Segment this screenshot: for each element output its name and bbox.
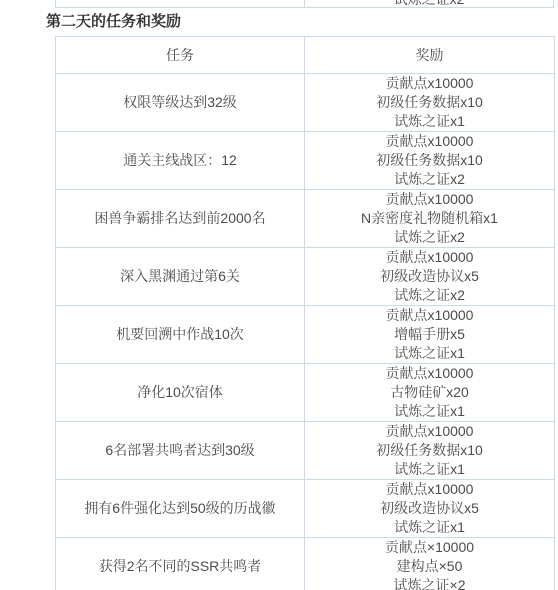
reward-line: 初级任务数据x10 [305, 151, 554, 170]
reward-cell: 贡献点x10000N亲密度礼物随机箱x1试炼之证x2 [305, 190, 555, 248]
reward-cell: 贡献点x10000古物硅矿x20试炼之证x1 [305, 364, 555, 422]
reward-line: 试炼之证x1 [305, 460, 554, 479]
reward-line: 增幅手册x5 [305, 325, 554, 344]
task-cell: 深入黑渊通过第6关 [56, 248, 305, 306]
table-row: 6名部署共鸣者达到30级 贡献点x10000初级任务数据x10试炼之证x1 [56, 422, 555, 480]
reward-line: 贡献点x10000 [305, 480, 554, 499]
reward-line: N亲密度礼物随机箱x1 [305, 209, 554, 228]
reward-cell: 贡献点x10000初级任务数据x10试炼之证x2 [305, 132, 555, 190]
section-heading: 第二天的任务和奖励 [46, 12, 181, 32]
reward-column-header: 奖励 [305, 37, 555, 74]
table-row: 权限等级达到32级 贡献点x10000初级任务数据x10试炼之证x1 [56, 74, 555, 132]
reward-line: 贡献点x10000 [305, 74, 554, 93]
header-row: 任务 奖励 [56, 37, 555, 74]
reward-cell: 贡献点x10000初级任务数据x10试炼之证x1 [305, 74, 555, 132]
reward-line: 初级任务数据x10 [305, 93, 554, 112]
table-row: 困兽争霸排名达到前2000名 贡献点x10000N亲密度礼物随机箱x1试炼之证x… [56, 190, 555, 248]
reward-line: 试炼之证x2 [305, 228, 554, 247]
table-row: 深入黑渊通过第6关 贡献点x10000初级改造协议x5试炼之证x2 [56, 248, 555, 306]
reward-line: 贡献点x10000 [305, 422, 554, 441]
rewards-table: 任务 奖励 权限等级达到32级 贡献点x10000初级任务数据x10试炼之证x1… [55, 36, 555, 590]
reward-line: 初级任务数据x10 [305, 441, 554, 460]
reward-line: 试炼之证x2 [305, 170, 554, 189]
reward-cell: 贡献点x10000增幅手册x5试炼之证x1 [305, 306, 555, 364]
task-cell: 净化10次宿体 [56, 364, 305, 422]
previous-table-reward-cell: 试炼之证x2 [305, 0, 553, 7]
table-row: 拥有6件强化达到50级的历战徽 贡献点x10000初级改造协议x5试炼之证x1 [56, 480, 555, 538]
reward-line: 建构点×50 [305, 557, 554, 576]
reward-line: 古物硅矿x20 [305, 383, 554, 402]
task-cell: 6名部署共鸣者达到30级 [56, 422, 305, 480]
reward-cell: 贡献点x10000初级改造协议x5试炼之证x2 [305, 248, 555, 306]
rewards-table-body: 权限等级达到32级 贡献点x10000初级任务数据x10试炼之证x1 通关主线战… [56, 74, 555, 590]
reward-line: 贡献点×10000 [305, 538, 554, 557]
reward-line: 贡献点x10000 [305, 364, 554, 383]
reward-line: 试炼之证×2 [305, 576, 554, 590]
table-row: 机要回溯中作战10次 贡献点x10000增幅手册x5试炼之证x1 [56, 306, 555, 364]
reward-line: 试炼之证x1 [305, 344, 554, 363]
task-cell: 困兽争霸排名达到前2000名 [56, 190, 305, 248]
task-cell: 通关主线战区：12 [56, 132, 305, 190]
reward-line: 初级改造协议x5 [305, 499, 554, 518]
reward-line: 试炼之证x1 [305, 402, 554, 421]
previous-table-fragment: 试炼之证x2 [55, 0, 554, 8]
reward-cell: 贡献点x10000初级任务数据x10试炼之证x1 [305, 422, 555, 480]
reward-cell: 贡献点x10000初级改造协议x5试炼之证x1 [305, 480, 555, 538]
task-cell: 获得2名不同的SSR共鸣者 [56, 538, 305, 590]
reward-line: 贡献点x10000 [305, 132, 554, 151]
task-column-header: 任务 [56, 37, 305, 74]
previous-table-reward-line: 试炼之证x2 [305, 0, 553, 7]
task-cell: 机要回溯中作战10次 [56, 306, 305, 364]
reward-line: 贡献点x10000 [305, 190, 554, 209]
task-cell: 权限等级达到32级 [56, 74, 305, 132]
task-cell: 拥有6件强化达到50级的历战徽 [56, 480, 305, 538]
reward-line: 贡献点x10000 [305, 248, 554, 267]
reward-line: 试炼之证x1 [305, 518, 554, 537]
table-row: 净化10次宿体 贡献点x10000古物硅矿x20试炼之证x1 [56, 364, 555, 422]
reward-line: 试炼之证x1 [305, 112, 554, 131]
table-row: 通关主线战区：12 贡献点x10000初级任务数据x10试炼之证x2 [56, 132, 555, 190]
reward-line: 试炼之证x2 [305, 286, 554, 305]
previous-table-task-cell [56, 0, 305, 7]
reward-line: 初级改造协议x5 [305, 267, 554, 286]
reward-cell: 贡献点×10000建构点×50试炼之证×2 [305, 538, 555, 590]
reward-line: 贡献点x10000 [305, 306, 554, 325]
rewards-table-header: 任务 奖励 [56, 37, 555, 74]
table-row: 获得2名不同的SSR共鸣者 贡献点×10000建构点×50试炼之证×2 [56, 538, 555, 590]
